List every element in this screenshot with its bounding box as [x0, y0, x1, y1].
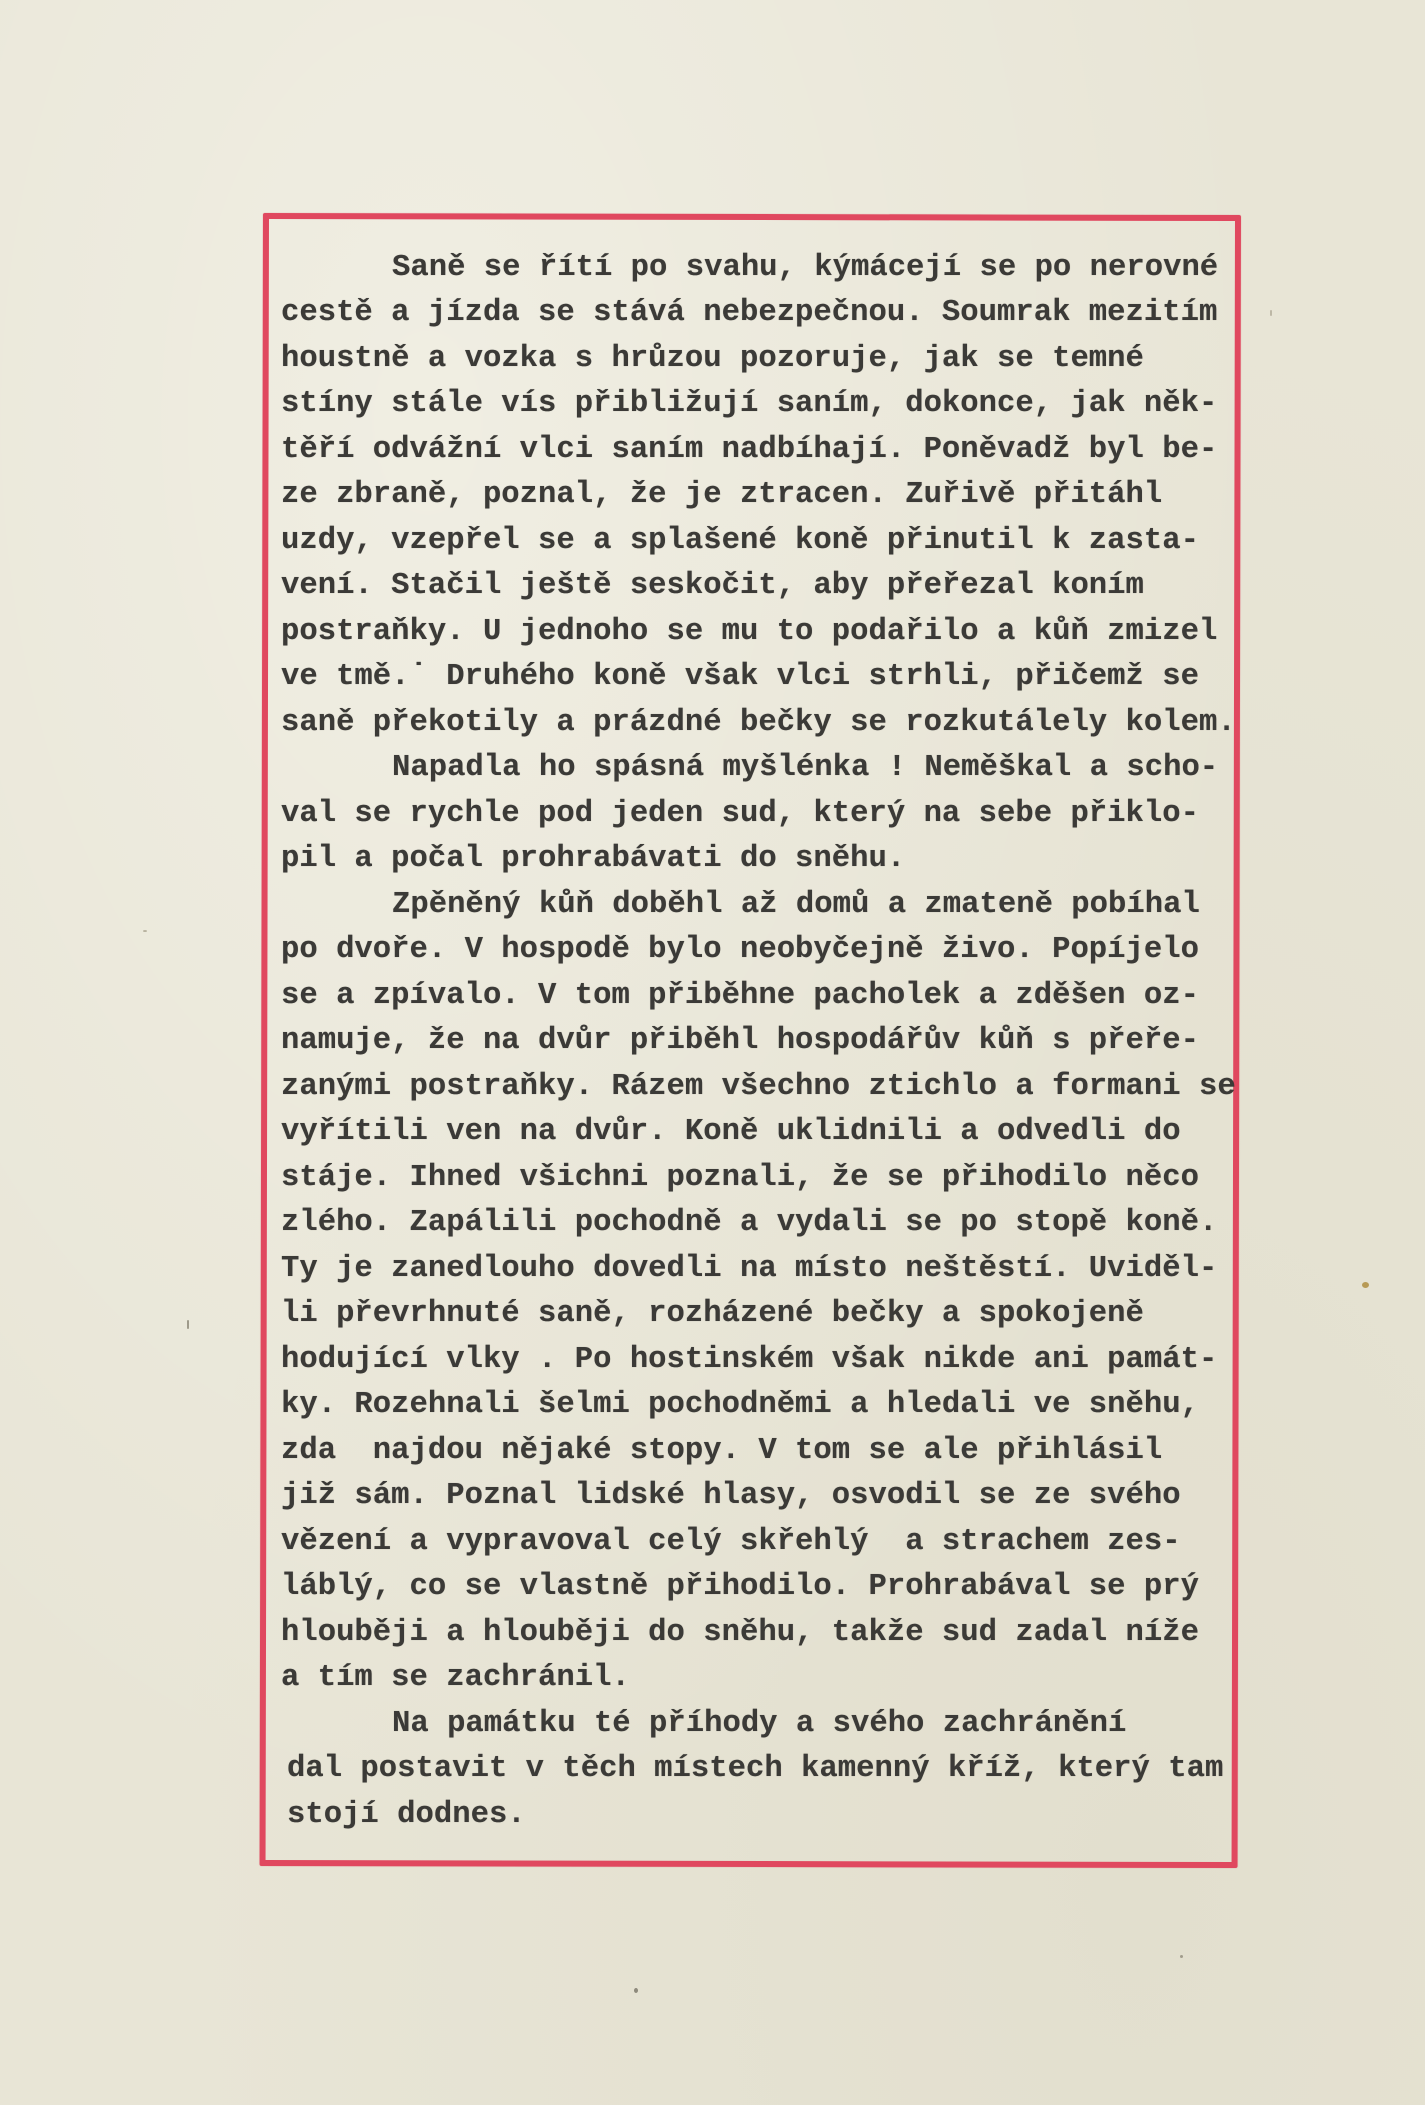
paper-speck	[1362, 1282, 1369, 1288]
text-line: zda najdou nějaké stopy. V tom se ale př…	[281, 1433, 1162, 1469]
text-line: po dvoře. V hospodě bylo neobyčejně živo…	[281, 932, 1199, 968]
paper-speck	[143, 930, 147, 932]
text-line: Na památku té příhody a svého zachránění	[392, 1706, 1126, 1742]
text-line: zlého. Zapálili pochodně a vydali se po …	[281, 1205, 1217, 1241]
text-line: pil a počal prohrabávati do sněhu.	[281, 841, 905, 877]
paper-page: Saně se řítí po svahu, kýmácejí se po ne…	[0, 0, 1425, 2105]
text-line: stáje. Ihned všichni poznali, že se přih…	[281, 1160, 1199, 1196]
text-line: láblý, co se vlastně přihodilo. Prohrabá…	[281, 1569, 1199, 1605]
text-line: Saně se řítí po svahu, kýmácejí se po ne…	[392, 250, 1218, 286]
text-line: již sám. Poznal lidské hlasy, osvodil se…	[281, 1478, 1181, 1514]
text-line: se a zpívalo. V tom přiběhne pacholek a …	[281, 978, 1199, 1014]
paper-speck	[1180, 1955, 1183, 1958]
text-line: těří odvážní vlci saním nadbíhají. Poněv…	[281, 432, 1217, 468]
text-line: houstně a vozka s hrůzou pozoruje, jak s…	[281, 341, 1144, 377]
text-line: stojí dodnes.	[287, 1797, 526, 1833]
text-line: namuje, že na dvůr přiběhl hospodářův ků…	[281, 1023, 1199, 1059]
text-line: Ty je zanedlouho dovedli na místo neštěs…	[281, 1251, 1217, 1287]
paper-speck	[634, 1988, 638, 1993]
text-line: dal postavit v těch místech kamenný kříž…	[287, 1751, 1223, 1787]
text-line: Zpěněný kůň doběhl až domů a zmateně pob…	[392, 887, 1200, 923]
text-line: vězení a vypravoval celý skřehlý a strac…	[281, 1524, 1181, 1560]
text-line: stíny stále vís přibližují saním, dokonc…	[281, 386, 1217, 422]
text-line: ze zbraně, poznal, že je ztracen. Zuřivě…	[281, 477, 1162, 513]
typewritten-text: Saně se řítí po svahu, kýmácejí se po ne…	[0, 0, 1425, 2105]
text-line: li převrhnuté saně, rozházené bečky a sp…	[281, 1296, 1144, 1332]
text-line: cestě a jízda se stává nebezpečnou. Soum…	[281, 295, 1217, 331]
text-line: ky. Rozehnali šelmi pochodněmi a hledali…	[281, 1387, 1199, 1423]
text-line: vení. Stačil ještě seskočit, aby přeřeza…	[281, 568, 1144, 604]
paper-speck	[187, 1320, 189, 1329]
text-line: a tím se zachránil.	[281, 1660, 630, 1696]
text-line: uzdy, vzepřel se a splašené koně přinuti…	[281, 523, 1199, 559]
text-line: val se rychle pod jeden sud, který na se…	[281, 796, 1199, 832]
text-line: zanými postraňky. Rázem všechno ztichlo …	[281, 1069, 1236, 1105]
text-line: postraňky. U jednoho se mu to podařilo a…	[281, 614, 1217, 650]
text-line: saně překotily a prázdné bečky se rozkut…	[281, 705, 1236, 741]
text-line: hodující vlky . Po hostinském však nikde…	[281, 1342, 1217, 1378]
text-line: ve tmě.˙ Druhého koně však vlci strhli, …	[281, 659, 1199, 695]
text-line: vyřítili ven na dvůr. Koně uklidnili a o…	[281, 1114, 1181, 1150]
paper-speck	[1270, 310, 1272, 316]
text-line: Napadla ho spásná myšlénka ! Neměškal a …	[392, 750, 1218, 786]
text-line: hlouběji a hlouběji do sněhu, takže sud …	[281, 1615, 1199, 1651]
